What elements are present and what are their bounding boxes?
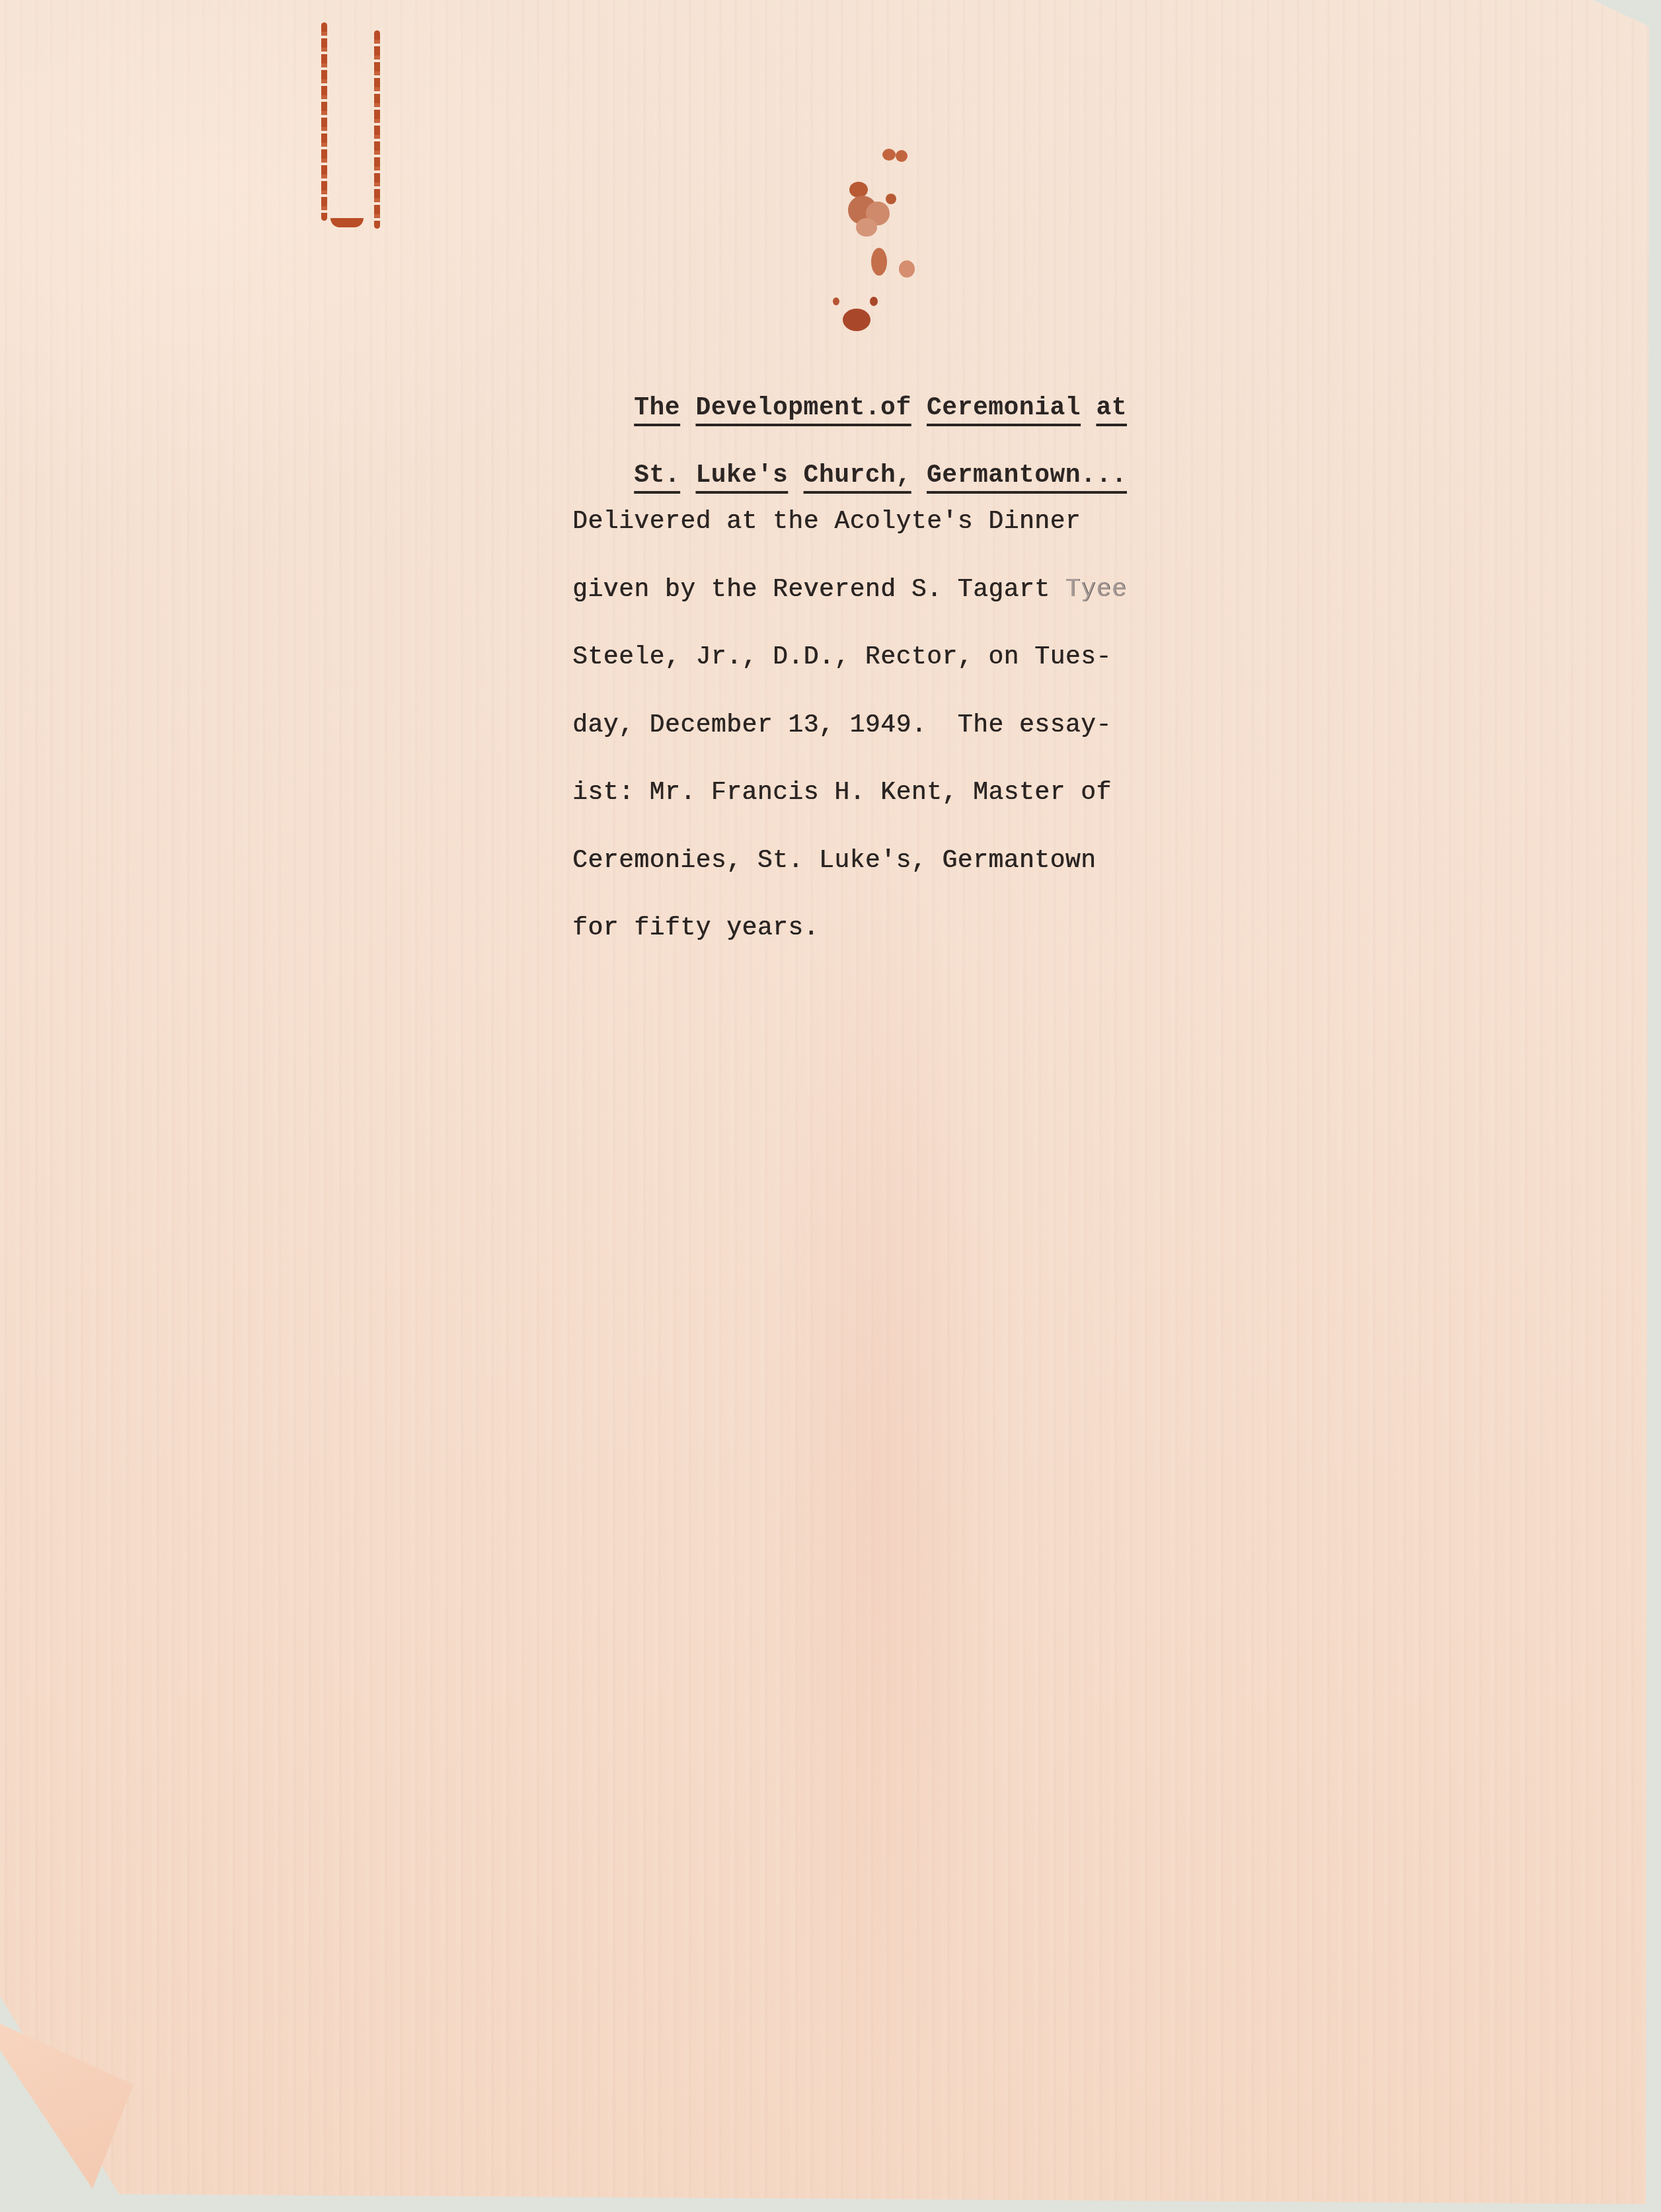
body-paragraph: Delivered at the Acolyte's Dinner given … xyxy=(572,502,1127,977)
title-word: St. xyxy=(634,461,680,490)
title-word: at xyxy=(1096,394,1127,422)
title-line-1: The Development.of Ceremonial at xyxy=(572,349,1127,416)
body-line: Delivered at the Acolyte's Dinner xyxy=(572,502,1127,570)
paper-sheet xyxy=(0,0,1649,2204)
typed-document: The Development.of Ceremonial at St. Luk… xyxy=(572,349,1127,977)
title-word: Ceremonial xyxy=(927,394,1081,422)
body-line: for fifty years. xyxy=(572,909,1127,977)
title-word: The xyxy=(634,394,680,422)
body-line-text: given by the Reverend S. Tagart xyxy=(572,576,1050,604)
title-word: Church, xyxy=(804,461,911,490)
body-line: ist: Mr. Francis H. Kent, Master of xyxy=(572,773,1127,841)
title-word: Germantown... xyxy=(927,461,1127,490)
body-line: given by the Reverend S. Tagart Tyee xyxy=(572,570,1127,638)
title-word: Luke's xyxy=(695,461,788,490)
struck-text: Tyee xyxy=(1065,576,1127,604)
body-line: day, December 13, 1949. The essay- xyxy=(572,706,1127,774)
title-word: Development.of xyxy=(695,394,911,422)
body-line: Ceremonies, St. Luke's, Germantown xyxy=(572,841,1127,909)
body-line: Steele, Jr., D.D., Rector, on Tues- xyxy=(572,638,1127,706)
